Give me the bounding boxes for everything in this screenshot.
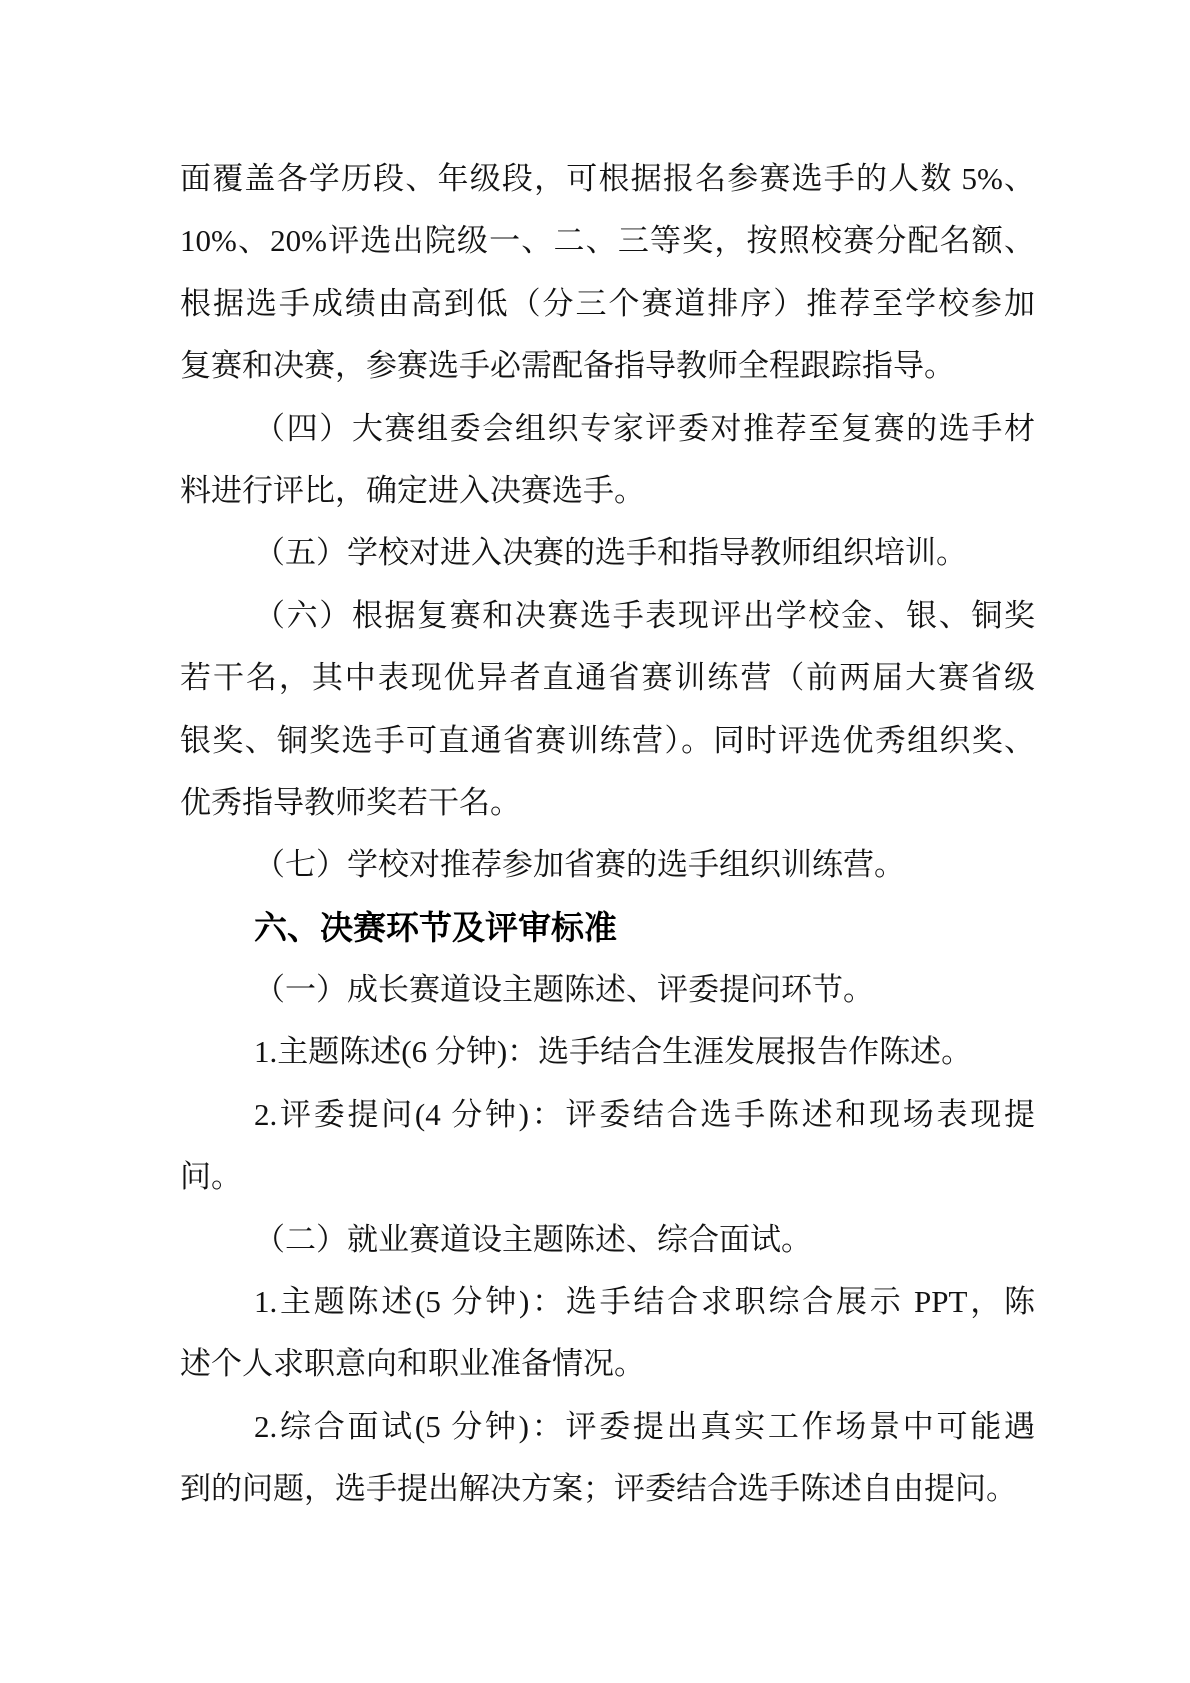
document-line: （六）根据复赛和决赛选手表现评出学校金、银、铜奖 [180, 585, 1035, 647]
document-line: 到的问题，选手提出解决方案；评委结合选手陈述自由提问。 [180, 1458, 1035, 1520]
document-line: 1.主题陈述(6 分钟)：选手结合生涯发展报告作陈述。 [180, 1021, 1035, 1083]
document-line: 银奖、铜奖选手可直通省赛训练营）。同时评选优秀组织奖、 [180, 710, 1035, 772]
section-heading: 六、决赛环节及评审标准 [180, 897, 1035, 959]
document-line: 面覆盖各学历段、年级段，可根据报名参赛选手的人数 5%、 [180, 148, 1035, 210]
document-line: 1.主题陈述(5 分钟)：选手结合求职综合展示 PPT，陈 [180, 1271, 1035, 1333]
document-page: 面覆盖各学历段、年级段，可根据报名参赛选手的人数 5%、10%、20%评选出院级… [0, 0, 1190, 1683]
document-line: 料进行评比，确定进入决赛选手。 [180, 460, 1035, 522]
document-line: 根据选手成绩由高到低（分三个赛道排序）推荐至学校参加 [180, 273, 1035, 335]
document-line: 10%、20%评选出院级一、二、三等奖，按照校赛分配名额、 [180, 210, 1035, 272]
document-line: （七）学校对推荐参加省赛的选手组织训练营。 [180, 834, 1035, 896]
document-line: 优秀指导教师奖若干名。 [180, 772, 1035, 834]
document-line: 若干名，其中表现优异者直通省赛训练营（前两届大赛省级 [180, 647, 1035, 709]
document-line: 述个人求职意向和职业准备情况。 [180, 1333, 1035, 1395]
document-line: 问。 [180, 1146, 1035, 1208]
text-block: 面覆盖各学历段、年级段，可根据报名参赛选手的人数 5%、10%、20%评选出院级… [180, 148, 1035, 1521]
document-line: （二）就业赛道设主题陈述、综合面试。 [180, 1209, 1035, 1271]
document-line: （四）大赛组委会组织专家评委对推荐至复赛的选手材 [180, 398, 1035, 460]
document-line: （一）成长赛道设主题陈述、评委提问环节。 [180, 959, 1035, 1021]
document-line: 2.评委提问(4 分钟)：评委结合选手陈述和现场表现提 [180, 1084, 1035, 1146]
document-line: （五）学校对进入决赛的选手和指导教师组织培训。 [180, 522, 1035, 584]
document-line: 复赛和决赛，参赛选手必需配备指导教师全程跟踪指导。 [180, 335, 1035, 397]
document-line: 2.综合面试(5 分钟)：评委提出真实工作场景中可能遇 [180, 1396, 1035, 1458]
